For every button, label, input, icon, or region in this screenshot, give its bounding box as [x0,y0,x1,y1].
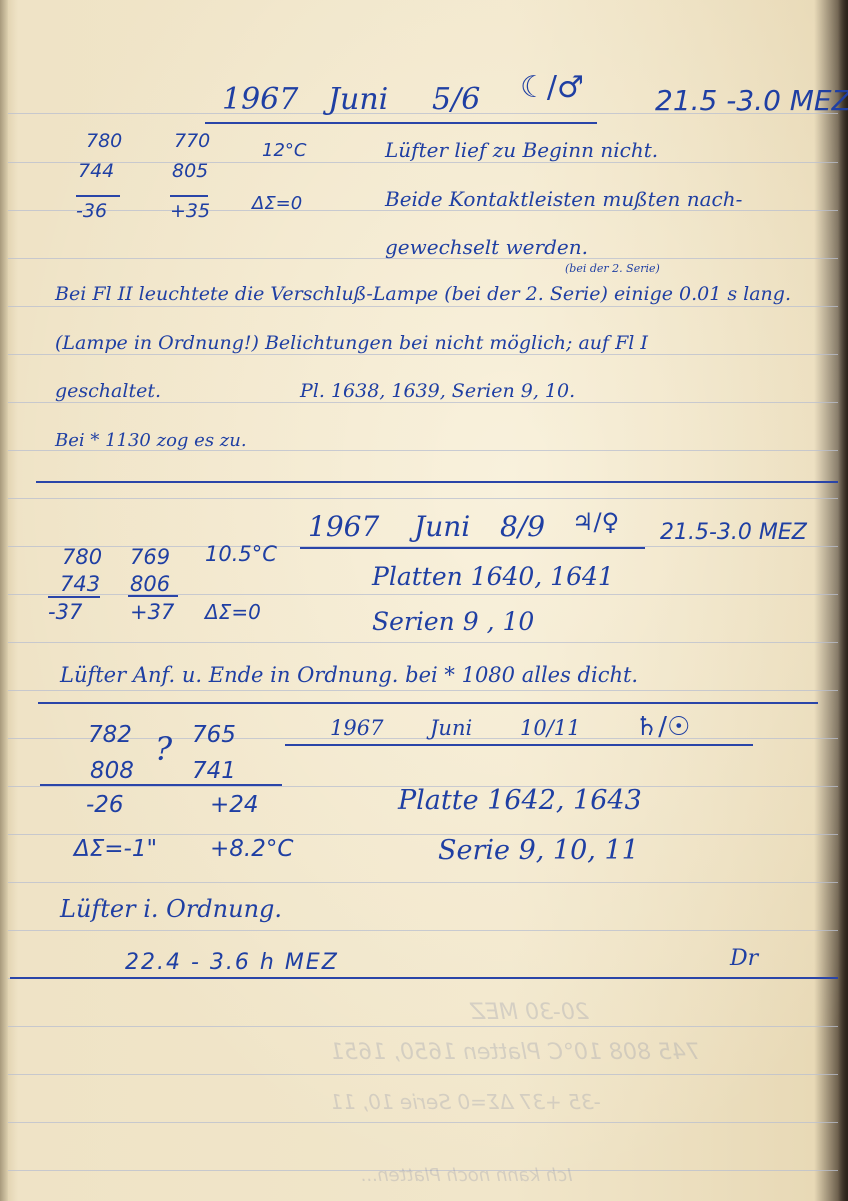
reading-col2-b: 741 [192,758,236,784]
reading-col2-b: 805 [172,160,208,182]
sum-line [170,195,208,197]
entry-header-month: Juni [414,510,470,543]
sum-line [128,595,178,597]
note-line: gewechselt werden. [385,235,588,259]
reading-col1-diff: -37 [48,600,82,624]
entry-separator [10,977,838,979]
delta-sigma: ΔΣ=-1" [74,836,157,862]
ruled-line [8,1122,838,1123]
ruled-line [8,738,838,739]
jupiter-venus-symbols: ♃/♀ [572,508,619,536]
temperature: 10.5°C [205,542,277,566]
ruled-line [8,498,838,499]
entry-header-year: 1967 [308,510,379,543]
sum-line [76,195,120,197]
ruled-line [8,306,838,307]
header-underline [205,122,597,124]
note-line: Bei * 1130 zog es zu. [55,430,247,451]
ruled-line [8,1074,838,1075]
reading-col1-diff: -26 [86,792,124,818]
note-line: Lüfter i. Ordnung. [60,895,282,923]
entry-header-month: Juni [328,82,388,117]
entry-header-date: 10/11 [520,716,581,740]
note-line: Lüfter Anf. u. Ende in Ordnung. bei * 10… [60,663,638,687]
note-line: Lüfter lief zu Beginn nicht. [385,138,658,162]
reading-col1-a: 780 [62,545,102,569]
reading-col2-diff: +35 [170,200,210,222]
reading-col2-a: 765 [192,722,236,748]
bleed-through-text: Ich kann noch Platten... [360,1165,572,1186]
ruled-line [8,882,838,883]
temperature: +8.2°C [210,836,293,862]
plates-line: Platten 1640, 1641 [372,562,614,591]
note-line: geschaltet. [55,380,161,402]
entry-header-year: 1967 [222,82,298,117]
reading-col2-b: 806 [130,572,170,596]
plates-series-line: Pl. 1638, 1639, Serien 9, 10. [300,380,575,402]
reading-col1-b: 744 [78,160,114,182]
ruled-line [8,402,838,403]
ruled-line [8,354,838,355]
reading-col1-b: 808 [90,758,134,784]
sum-line [40,784,282,786]
entry-header-date: 8/9 [500,510,545,543]
plates-line: Platte 1642, 1643 [398,785,642,816]
sum-line [48,596,100,598]
saturn-sun-symbols: ♄/☉ [635,712,690,742]
reading-col1-diff: -36 [76,200,107,222]
reading-col2-diff: +24 [210,792,259,818]
delta-sigma: ΔΣ=0 [205,600,261,624]
entry-header-month: Juni [430,716,472,740]
reading-col2-a: 769 [130,545,170,569]
series-line: Serien 9 , 10 [372,607,534,636]
bleed-through-text: 20-30 MEZ [470,1000,589,1025]
entry-time: 22.4 - 3.6 h MEZ [125,950,339,975]
ruled-line [8,642,838,643]
observer-initials: Dr [730,946,758,971]
ruled-line [8,690,838,691]
ruled-line [8,930,838,931]
note-line: (Lampe in Ordnung!) Belichtungen bei nic… [55,332,648,354]
notebook-page: 20-30 MEZ 745 808 10°C Platten 1650, 165… [0,0,848,1201]
reading-col1-b: 743 [60,572,100,596]
note-line: Beide Kontaktleisten mußten nach- [385,187,742,211]
margin-annotation: (bei der 2. Serie) [565,262,660,275]
ruled-line [8,834,838,835]
page-right-edge [838,0,848,1201]
page-binding-edge [0,0,8,1201]
entry-header-time: 21.5 -3.0 MEZ [655,84,848,117]
temperature: 12°C [262,140,306,161]
entry-header-time: 21.5-3.0 MEZ [660,520,807,545]
reading-col1-a: 782 [88,722,132,748]
reading-col1-a: 780 [86,130,122,152]
question-mark: ? [155,730,172,768]
entry-separator [38,702,818,704]
header-underline [300,547,645,549]
note-line: Bei Fl II leuchtete die Verschluß-Lampe … [55,283,791,305]
bleed-through-text: 745 808 10°C Platten 1650, 1651 [330,1040,700,1065]
entry-separator [36,481,838,483]
moon-mars-symbols: ☾/♂ [520,70,584,105]
header-underline [285,744,753,746]
series-line: Serie 9, 10, 11 [438,835,639,866]
delta-sigma: ΔΣ=0 [252,193,302,214]
reading-col2-diff: +37 [130,600,174,624]
bleed-through-text: -35 +37 ΔΣ=0 Serie 10, 11 [330,1090,601,1114]
entry-header-year: 1967 [330,716,383,740]
entry-header-date: 5/6 [432,82,480,117]
ruled-line [8,162,838,163]
ruled-line [8,1026,838,1027]
reading-col2-a: 770 [174,130,210,152]
